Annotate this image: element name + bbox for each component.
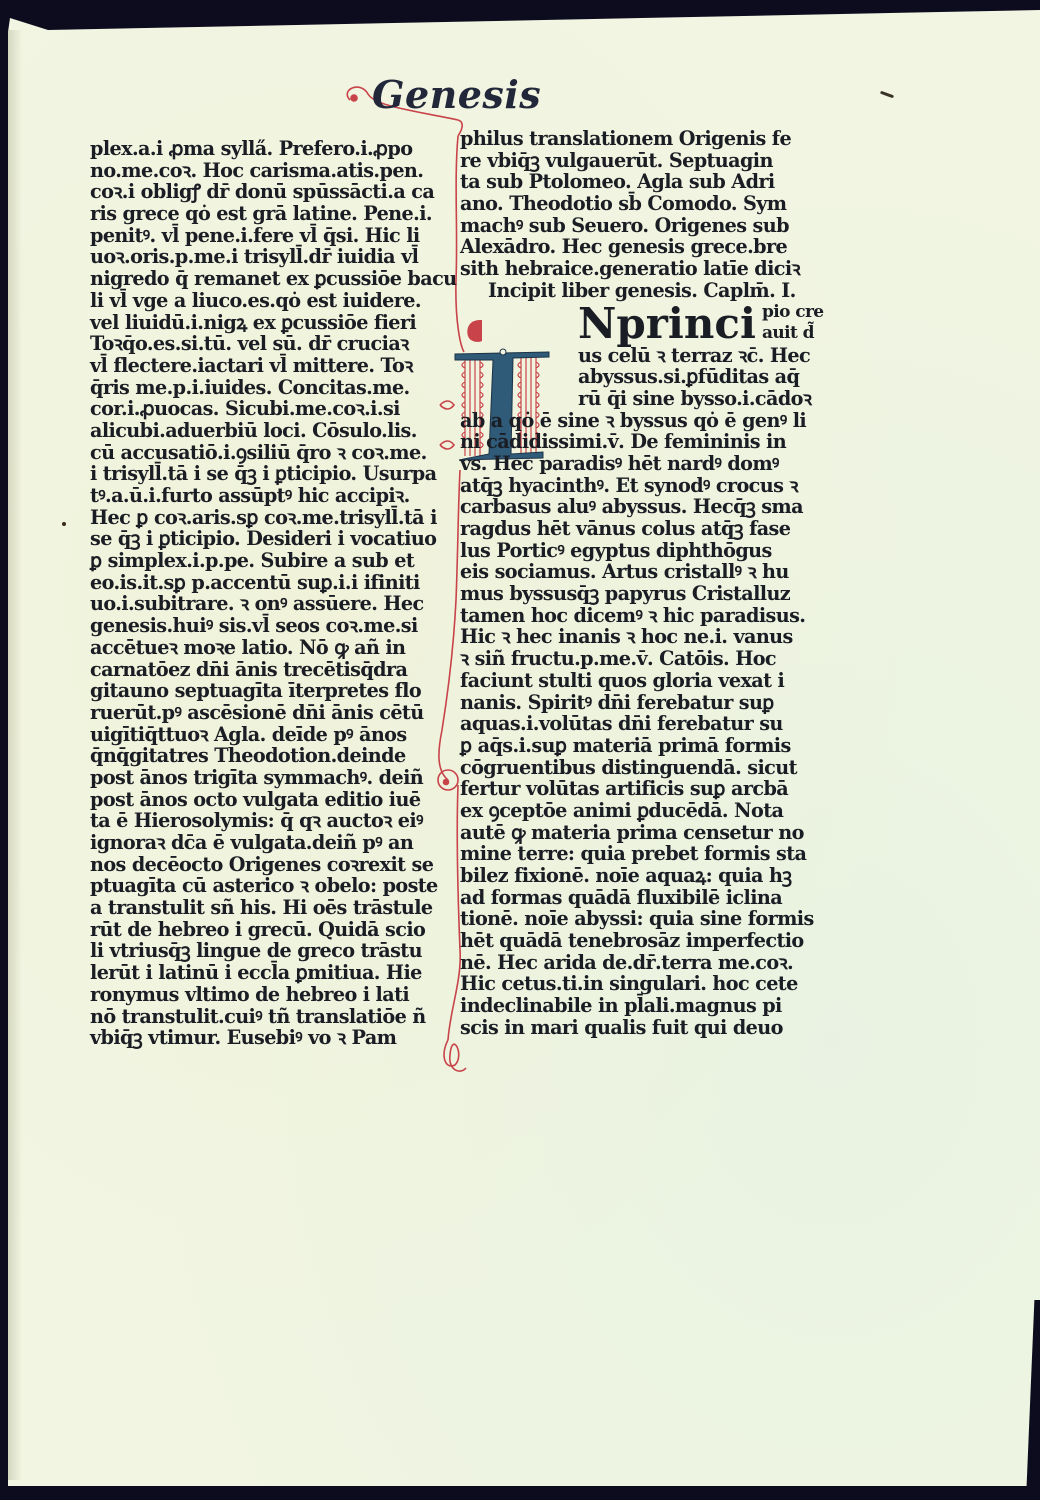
text-line: li vl̄ vge a liuco.es.qȯ est iuidere.	[90, 290, 438, 312]
text-line: plex.a.i ꝓma sylla̋. Prefero.i.ꝓpo	[90, 138, 438, 160]
text-line: gitauno septuagīta īterpretes flo	[90, 680, 438, 702]
text-line: genesis.huiꝰ sis.vl̄ seos coꝛ.me.si	[90, 615, 438, 637]
text-line: se q̄ꝫ i ꝑticipio. Desideri i vocatiuo	[90, 528, 438, 550]
text-line: ꝛ siñ fructu.p.me.v̄. Catōis. Hoc	[460, 648, 828, 670]
text-line: ta sub Ptolomeo. Agla sub Adri	[460, 171, 828, 193]
text-line: re vbiq̄ꝫ vulgauerūt. Septuagin	[460, 150, 828, 172]
text-line: Hic cetus.ti.in singulari. hoc cete	[460, 973, 828, 995]
text-line: cū accusatiō.i.ꝯsiliū q̄ro ꝛ coꝛ.me.	[90, 442, 438, 464]
text-line: ex ꝯceptōe animi ꝑducēdā. Nota	[460, 800, 828, 822]
text-line: cōgruentibus distinguendā. sicut	[460, 757, 828, 779]
text-line: nō transtulit.cuiꝰ tñ translatiōe ñ	[90, 1006, 438, 1028]
text-line: post ānos trigīta symmachꝰ. deiñ	[90, 767, 438, 789]
page-edge-bottom	[0, 1484, 1040, 1500]
opening-line: Nprinci pio cre auit d̃	[460, 302, 828, 345]
text-line: ano. Theodotio sb̄ Comodo. Sym	[460, 193, 828, 215]
text-line: lerūt i latinū i eccl̄a ꝑmitiua. Hie	[90, 962, 438, 984]
text-line: accētueꝛ moꝛe latio. Nō ꝙ añ in	[90, 637, 438, 659]
text-line: i trisyll̄.tā i se q̄ꝫ i ꝑticipio. Usurp…	[90, 463, 438, 485]
text-line: no.me.coꝛ. Hoc carisma.atis.pen.	[90, 160, 438, 182]
text-line: q̄ris me.p.i.iuides. Concitas.me.	[90, 377, 438, 399]
text-line: eis sociamus. Artus cristallꝰ ꝛ hu	[460, 561, 828, 583]
text-line: nanis. Spiritꝰ dn̄i ferebatur suꝑ	[460, 692, 828, 714]
text-line: tꝰ.a.ū.i.furto assūptꝰ hic accipiꝛ.	[90, 485, 438, 507]
scanned-page: Genesis plex.a.i ꝓma sylla̋. Prefero.i.ꝓ…	[0, 0, 1040, 1500]
text-line: penitꝰ. vl̄ pene.i.fere vl̄ q̄si. Hic li	[90, 225, 438, 247]
text-line: nigredo q̄ remanet ex ꝑcussiōe bacu	[90, 268, 438, 290]
text-line: lus Porticꝰ egyptus diphthōgus	[460, 540, 828, 562]
text-line: a transtulit sñ his. Hi oēs trāstule	[90, 897, 438, 919]
text-line: li vtriusq̄ꝫ lingue de greco trāstu	[90, 940, 438, 962]
opening-tail: pio cre auit d̃	[762, 302, 824, 344]
text-line: ragdus hēt vānus colus atq̄ꝫ fase	[460, 518, 828, 540]
text-line: nē. Hec arida de.dr̄.terra me.coꝛ.	[460, 952, 828, 974]
opening-big-word: Nprinci	[578, 299, 756, 348]
text-line: ris grece qȯ est grā latine. Pene.i.	[90, 203, 438, 225]
text-line: ab a qȯ ē sine ꝛ byssus qȯ ē genꝰ li	[460, 410, 828, 432]
text-line: hēt quādā tenebrosāz imperfectio	[460, 930, 828, 952]
text-line: autē ꝙ materia prima censetur no	[460, 822, 828, 844]
text-line: machꝰ sub Seuero. Origenes sub	[460, 215, 828, 237]
opening-tail-bottom: auit d̃	[762, 323, 824, 344]
text-line: ꝑ aq̄s.i.suꝑ materiā primā formis	[460, 735, 828, 757]
text-line: vs. Hec paradisꝰ hēt nardꝰ domꝰ	[460, 453, 828, 475]
text-line: uo.i.subitrare. ꝛ onꝰ assūere. Hec	[90, 593, 438, 615]
text-line: faciunt stulti quos gloria vexat i	[460, 670, 828, 692]
text-line: tamen hoc dicemꝰ ꝛ hic paradisus.	[460, 605, 828, 627]
text-line: rū q̄i sine bysso.i.cādoꝛ	[460, 388, 828, 410]
text-line: Hic ꝛ hec inanis ꝛ hoc ne.i. vanus	[460, 626, 828, 648]
text-line: aquas.i.volūtas dn̄i ferebatur su	[460, 713, 828, 735]
text-line: ta ē Hierosolymis: q̄ qꝛ auctoꝛ eiꝰ	[90, 810, 438, 832]
text-line: philus translationem Origenis fe	[460, 128, 828, 150]
text-line: vbiq̄ꝫ vtimur. Eusebiꝰ vo ꝛ Pam	[90, 1027, 438, 1049]
binding-gutter	[8, 30, 22, 1480]
text-line: indeclinabile in pl̄ali.magnus pi	[460, 995, 828, 1017]
text-line: ignoraꝛ dc̄a ē vulgata.deiñ pꝰ an	[90, 832, 438, 854]
text-line: ptuagīta cū asterico ꝛ obelo: poste	[90, 875, 438, 897]
text-line: alicubi.aduerbiū loci. Cōsulo.lis.	[90, 420, 438, 442]
text-line: ruerūt.pꝰ ascēsionē dn̄i ānis cētū	[90, 702, 438, 724]
text-line: tionē. noīe abyssi: quia sine formis	[460, 908, 828, 930]
text-line: ronymus vltimo de hebreo i lati	[90, 984, 438, 1006]
text-line: mus byssusq̄ꝫ papyrus Cristalluz	[460, 583, 828, 605]
text-line: q̄nq̄gitatres Theodotion.deinde	[90, 745, 438, 767]
text-line: ꝑ simplex.i.p.pe. Subire a sub et	[90, 550, 438, 572]
text-line: eo.is.it.sꝑ p.accentū suꝑ.i.i ifiniti	[90, 572, 438, 594]
text-line: Hec ꝑ coꝛ.aris.sꝑ coꝛ.me.trisyll̄.tā i	[90, 507, 438, 529]
text-line: carnatōez dn̄i ānis trecētisq̄dra	[90, 659, 438, 681]
text-line: ni cādidissimi.v̄. De femininis in	[460, 431, 828, 453]
text-line: carbasus aluꝰ abyssus. Hecq̄ꝫ sma	[460, 496, 828, 518]
text-line: atq̄ꝫ hyacinthꝰ. Et synodꝰ crocus ꝛ	[460, 475, 828, 497]
text-line: Toꝛq̄o.es.si.tū. vel sū. dr̄ cruciaꝛ	[90, 333, 438, 355]
text-line: sith hebraice.generatio latīe diciꝛ	[460, 258, 828, 280]
text-line: ad formas quādā fluxibilē iclina	[460, 887, 828, 909]
text-line: nos decēocto Origenes coꝛrexit se	[90, 854, 438, 876]
text-line: fertur volūtas artificis suꝑ arcbā	[460, 778, 828, 800]
text-line: uoꝛ.oris.p.me.i trisyll̄.dr̄ iuidia vl̄	[90, 246, 438, 268]
right-text-column: philus translationem Origenis fe re vbiq…	[460, 128, 828, 1039]
text-line: Alexādro. Hec genesis grece.bre	[460, 236, 828, 258]
text-line: abyssus.si.ꝑfūditas aq̄	[460, 366, 828, 388]
text-line: vel liuidū.i.nigꝝ ex ꝑcussiōe fieri	[90, 312, 438, 334]
text-line: mine terre: quia prebet formis sta	[460, 843, 828, 865]
text-line: coꝛ.i obligꝭ dr̄ donū spūssācti.a ca	[90, 181, 438, 203]
text-line: scis in mari qualis fuit qui deuo	[460, 1017, 828, 1039]
text-line: post ānos octo vulgata editio iuē	[90, 789, 438, 811]
text-line: bilez fixionē. noīe aquaꝝ: quia hꝫ	[460, 865, 828, 887]
text-line: cor.i.ꝓuocas. Sicubi.me.coꝛ.i.si	[90, 398, 438, 420]
text-line: rūt de hebreo i grecū. Quidā scio	[90, 919, 438, 941]
left-text-column: plex.a.i ꝓma sylla̋. Prefero.i.ꝓpo no.me…	[90, 138, 438, 1049]
running-head-title: Genesis	[372, 72, 541, 117]
ink-speck	[62, 522, 66, 526]
text-line: uigītiq̄ttuoꝛ Agla. deīde pꝰ ānos	[90, 724, 438, 746]
text-line: vl̄ flectere.iactari vl̄ mittere. Toꝛ	[90, 355, 438, 377]
text-line: us celū ꝛ terraz ꝛc̄. Hec	[460, 345, 828, 367]
opening-tail-top: pio cre	[762, 302, 824, 323]
